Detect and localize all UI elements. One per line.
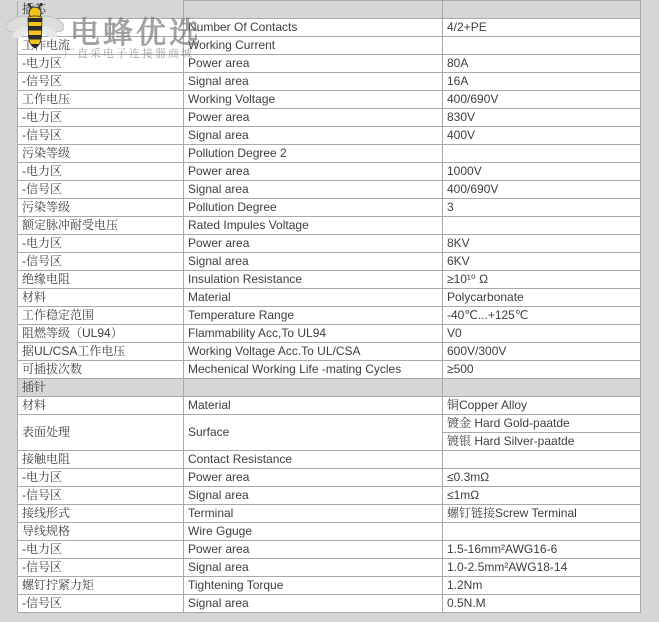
spec-value: 6KV — [443, 253, 641, 271]
spec-name-cn: -信号区 — [18, 559, 184, 577]
spec-value: 400V — [443, 127, 641, 145]
table-row: -信号区 Signal area 400V — [18, 127, 641, 145]
spec-value — [443, 145, 641, 163]
spec-name-cn: 可插拔次数 — [18, 361, 184, 379]
table-row: 可插拔次数 Mechenical Working Life -mating Cy… — [18, 361, 641, 379]
spec-value: 8KV — [443, 235, 641, 253]
spec-value: 镀银 Hard Silver-paatde — [443, 433, 641, 451]
table-row: 接触电阻 Contact Resistance — [18, 451, 641, 469]
table-row: -电力区 Power area 1000V — [18, 163, 641, 181]
spec-name-en: Temperature Range — [184, 307, 443, 325]
section-empty-cell — [184, 379, 443, 397]
table-row: 接线形式 Terminal 螺钉链接Screw Terminal — [18, 505, 641, 523]
section-row-insert-core: 插芯 — [18, 1, 641, 19]
spec-name-en: Signal area — [184, 181, 443, 199]
spec-value: 80A — [443, 55, 641, 73]
spec-value: 1.0-2.5mm²AWG18-14 — [443, 559, 641, 577]
spec-name-cn: 针数 — [18, 19, 184, 37]
spec-name-cn: 材料 — [18, 397, 184, 415]
table-row: 绝缘电阻 Insulation Resistance ≥10¹⁰ Ω — [18, 271, 641, 289]
spec-name-cn: 污染等级 — [18, 145, 184, 163]
section-empty-cell — [184, 1, 443, 19]
spec-name-en: Working Voltage Acc.To UL/CSA — [184, 343, 443, 361]
spec-value: 830V — [443, 109, 641, 127]
spec-name-cn: 接触电阻 — [18, 451, 184, 469]
table-row: 工作稳定范围 Temperature Range -40℃...+125℃ — [18, 307, 641, 325]
spec-value: 600V/300V — [443, 343, 641, 361]
spec-value: 4/2+PE — [443, 19, 641, 37]
spec-name-en: Signal area — [184, 73, 443, 91]
spec-name-cn: 阻燃等级（UL94） — [18, 325, 184, 343]
spec-name-cn: -信号区 — [18, 127, 184, 145]
spec-name-cn: 螺钉拧紧力矩 — [18, 577, 184, 595]
spec-name-en: Pollution Degree 2 — [184, 145, 443, 163]
spec-name-en: Pollution Degree — [184, 199, 443, 217]
spec-value: ≥10¹⁰ Ω — [443, 271, 641, 289]
table-row: -电力区 Power area ≤0.3mΩ — [18, 469, 641, 487]
spec-name-cn: -信号区 — [18, 487, 184, 505]
section-row-pins: 插针 — [18, 379, 641, 397]
spec-name-en: Signal area — [184, 487, 443, 505]
table-row: 污染等级 Pollution Degree 2 — [18, 145, 641, 163]
spec-value: 1000V — [443, 163, 641, 181]
spec-name-en: Rated Impules Voltage — [184, 217, 443, 235]
spec-name-en: Surface — [184, 415, 443, 451]
table-row: -电力区 Power area 8KV — [18, 235, 641, 253]
spec-name-cn: 额定脉冲耐受电压 — [18, 217, 184, 235]
spec-name-en: Working Current — [184, 37, 443, 55]
spec-name-en: Tightening Torque — [184, 577, 443, 595]
table-row: 螺钉拧紧力矩 Tightening Torque 1.2Nm — [18, 577, 641, 595]
spec-name-en: Material — [184, 397, 443, 415]
section-title: 插针 — [18, 379, 184, 397]
table-row: 阻燃等级（UL94） Flammability Acc,To UL94 V0 — [18, 325, 641, 343]
spec-name-en: Power area — [184, 469, 443, 487]
spec-name-cn: -信号区 — [18, 253, 184, 271]
spec-name-cn: 材料 — [18, 289, 184, 307]
spec-name-en: Material — [184, 289, 443, 307]
table-row: -电力区 Power area 1.5-16mm²AWG16-6 — [18, 541, 641, 559]
spec-value: 3 — [443, 199, 641, 217]
spec-name-en: Power area — [184, 109, 443, 127]
table-row: -信号区 Signal area 1.0-2.5mm²AWG18-14 — [18, 559, 641, 577]
spec-name-cn: 污染等级 — [18, 199, 184, 217]
spec-name-en: Terminal — [184, 505, 443, 523]
table-row: 工作电流 Working Current — [18, 37, 641, 55]
spec-value: 铜Copper Alloy — [443, 397, 641, 415]
spec-name-cn: 工作稳定范围 — [18, 307, 184, 325]
spec-name-en: Signal area — [184, 253, 443, 271]
spec-value: Polycarbonate — [443, 289, 641, 307]
section-empty-cell — [443, 1, 641, 19]
spec-value: ≤1mΩ — [443, 487, 641, 505]
table-row-surface: 表面处理 Surface 镀金 Hard Gold-paatde — [18, 415, 641, 433]
spec-name-en: Wire Gguge — [184, 523, 443, 541]
spec-name-cn: -信号区 — [18, 181, 184, 199]
table-row: 据UL/CSA工作电压 Working Voltage Acc.To UL/CS… — [18, 343, 641, 361]
table-row: 工作电压 Working Voltage 400/690V — [18, 91, 641, 109]
spec-name-cn: 绝缘电阻 — [18, 271, 184, 289]
spec-name-cn: -电力区 — [18, 469, 184, 487]
spec-value: V0 — [443, 325, 641, 343]
table-row: 污染等级 Pollution Degree 3 — [18, 199, 641, 217]
table-row: -信号区 Signal area 16A — [18, 73, 641, 91]
spec-name-en: Working Voltage — [184, 91, 443, 109]
spec-name-cn: 接线形式 — [18, 505, 184, 523]
spec-name-cn: 导线规格 — [18, 523, 184, 541]
section-empty-cell — [443, 379, 641, 397]
table-row: 材料 Material Polycarbonate — [18, 289, 641, 307]
spec-name-cn: -电力区 — [18, 163, 184, 181]
spec-name-cn: 据UL/CSA工作电压 — [18, 343, 184, 361]
spec-name-en: Power area — [184, 55, 443, 73]
spec-name-en: Signal area — [184, 595, 443, 613]
spec-value: 400/690V — [443, 91, 641, 109]
spec-value: -40℃...+125℃ — [443, 307, 641, 325]
table-row: 针数 Number Of Contacts 4/2+PE — [18, 19, 641, 37]
spec-name-en: Power area — [184, 163, 443, 181]
table-row: 导线规格 Wire Gguge — [18, 523, 641, 541]
spec-name-cn: 表面处理 — [18, 415, 184, 451]
spec-value: 0.5N.M — [443, 595, 641, 613]
spec-name-en: Insulation Resistance — [184, 271, 443, 289]
spec-name-en: Signal area — [184, 127, 443, 145]
table-row: 材料 Material 铜Copper Alloy — [18, 397, 641, 415]
section-title: 插芯 — [18, 1, 184, 19]
spec-name-cn: 工作电压 — [18, 91, 184, 109]
spec-name-cn: -电力区 — [18, 541, 184, 559]
spec-value: 螺钉链接Screw Terminal — [443, 505, 641, 523]
spec-value: 1.2Nm — [443, 577, 641, 595]
spec-name-cn: -信号区 — [18, 595, 184, 613]
spec-value: 1.5-16mm²AWG16-6 — [443, 541, 641, 559]
spec-name-en: Contact Resistance — [184, 451, 443, 469]
table-row: -电力区 Power area 80A — [18, 55, 641, 73]
spec-value: ≤0.3mΩ — [443, 469, 641, 487]
table-row: -信号区 Signal area 6KV — [18, 253, 641, 271]
spec-name-en: Number Of Contacts — [184, 19, 443, 37]
spec-name-en: Signal area — [184, 559, 443, 577]
spec-name-en: Mechenical Working Life -mating Cycles — [184, 361, 443, 379]
spec-name-cn: -电力区 — [18, 55, 184, 73]
spec-value — [443, 451, 641, 469]
spec-value — [443, 523, 641, 541]
spec-name-cn: -电力区 — [18, 235, 184, 253]
spec-value: ≥500 — [443, 361, 641, 379]
spec-name-cn: 工作电流 — [18, 37, 184, 55]
table-row: -信号区 Signal area 0.5N.M — [18, 595, 641, 613]
spec-value — [443, 37, 641, 55]
table-row: -信号区 Signal area ≤1mΩ — [18, 487, 641, 505]
spec-value — [443, 217, 641, 235]
spec-name-cn: -电力区 — [18, 109, 184, 127]
spec-name-en: Power area — [184, 541, 443, 559]
spec-name-en: Power area — [184, 235, 443, 253]
spec-value: 400/690V — [443, 181, 641, 199]
spec-name-cn: -信号区 — [18, 73, 184, 91]
table-row: 额定脉冲耐受电压 Rated Impules Voltage — [18, 217, 641, 235]
spec-name-en: Flammability Acc,To UL94 — [184, 325, 443, 343]
spec-value: 镀金 Hard Gold-paatde — [443, 415, 641, 433]
spec-table: 插芯 针数 Number Of Contacts 4/2+PE 工作电流 Wor… — [17, 0, 641, 613]
spec-value: 16A — [443, 73, 641, 91]
table-row: -信号区 Signal area 400/690V — [18, 181, 641, 199]
table-row: -电力区 Power area 830V — [18, 109, 641, 127]
